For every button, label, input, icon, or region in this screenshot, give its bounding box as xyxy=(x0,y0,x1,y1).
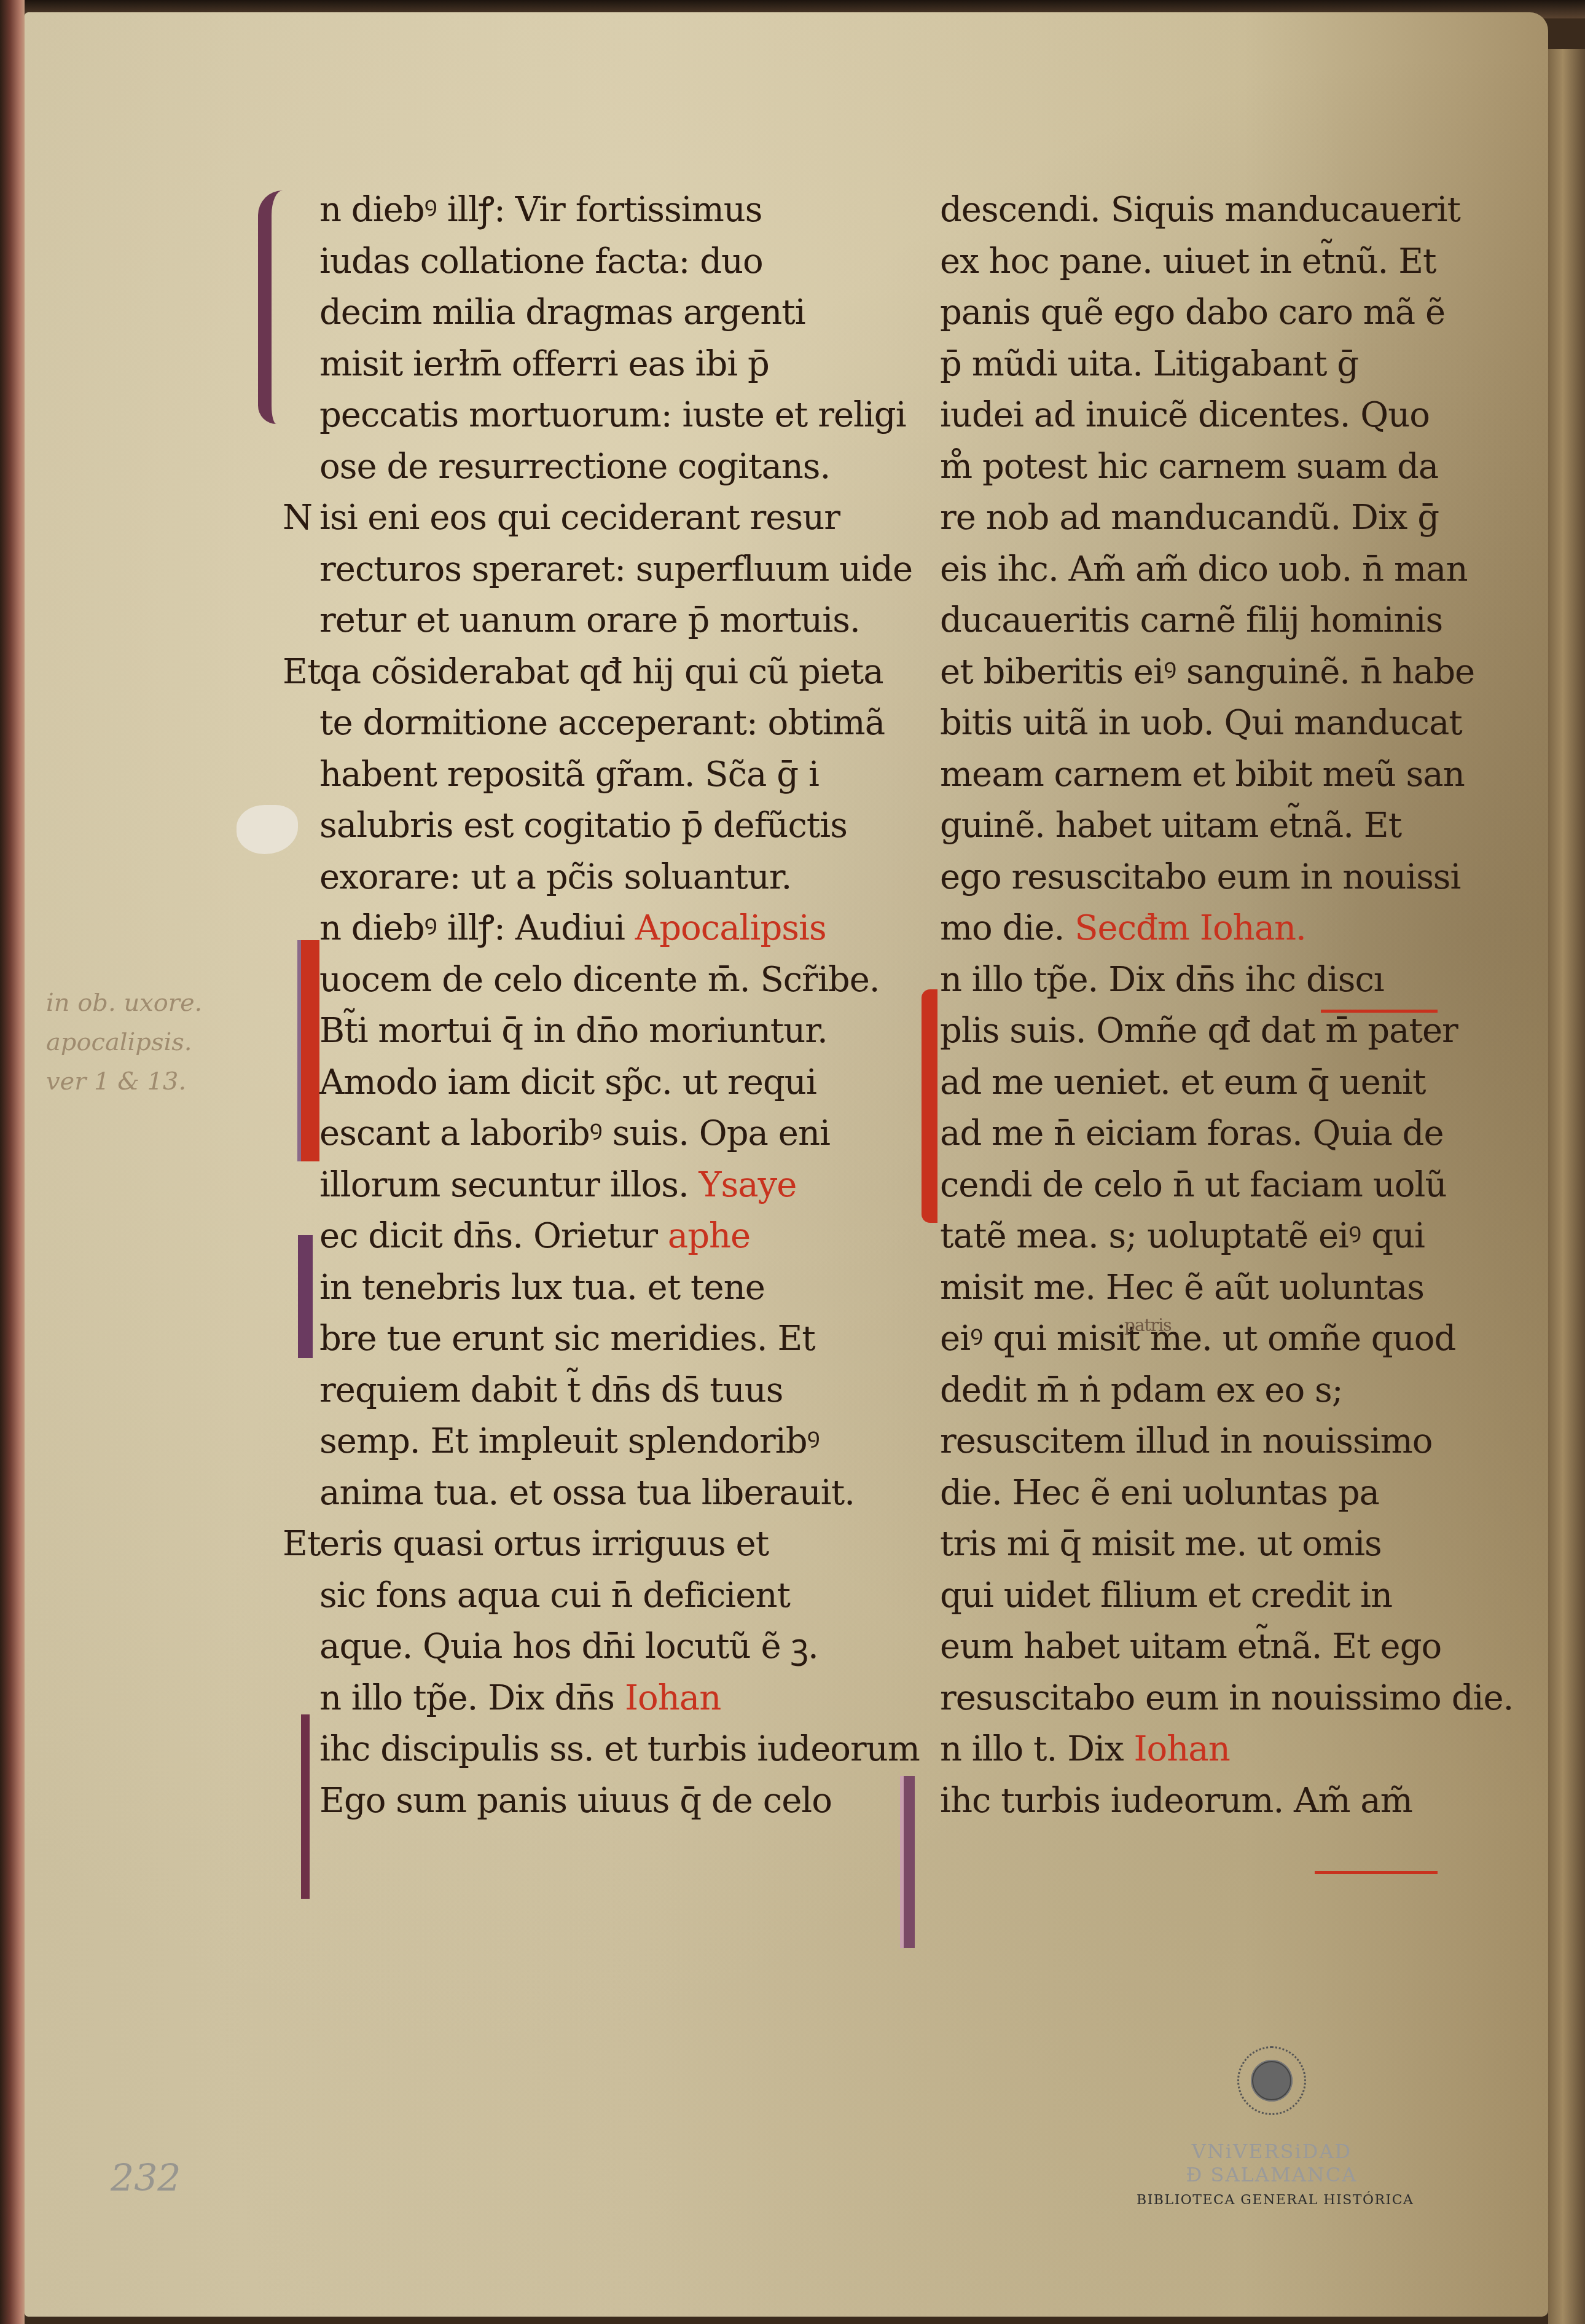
text-line: resuscitem illud in nouissimo xyxy=(940,1416,1493,1467)
rubric-heading: Iohan xyxy=(1133,1729,1229,1769)
line-text: dedit m̄ ṅ pdam ex eo s; xyxy=(940,1370,1343,1410)
text-line: tatẽ mea. s; uoluptatẽ eiꝰ qui xyxy=(940,1211,1493,1262)
text-line: escant a laboribꝰ suis. Opa eni xyxy=(319,1108,854,1160)
text-line: qui uidet filium et credit in xyxy=(940,1570,1493,1622)
text-line: iudas collatione facta: duo xyxy=(319,236,854,288)
text-line: Nisi eni eos qui ceciderant resur xyxy=(319,492,854,544)
text-line: peccatis mortuorum: iuste et religi xyxy=(319,390,854,441)
line-text: panis quẽ ego dabo caro mã ẽ xyxy=(940,292,1445,332)
text-line: bitis uitã in uob. Qui manducat xyxy=(940,697,1493,749)
university-name: VNiVERSiDAD xyxy=(1137,2140,1407,2163)
line-text: recturos speraret: superfluum uide xyxy=(319,549,912,589)
text-line: n diebꝰ illꝭ: Audiui Apocalipsis xyxy=(319,903,854,954)
text-line: eum habet uitam et̃nã. Et ego xyxy=(940,1621,1493,1673)
margin-note-line: in ob. uxore. xyxy=(46,983,202,1023)
line-text: iudei ad inuicẽ dicentes. Quo xyxy=(940,395,1430,435)
text-line: aque. Quia hos dn̄i locutũ ẽ ꝫ. xyxy=(319,1621,854,1673)
text-line: salubris est cogitatio p̄ defũctis xyxy=(319,800,854,852)
margin-note-line: apocalipsis. xyxy=(46,1023,202,1062)
text-line: bre tue erunt sic meridies. Et xyxy=(319,1313,854,1365)
line-text: ex hoc pane. uiuet in et̃nũ. Et xyxy=(940,241,1436,281)
line-text: meam carnem et bibit meũ san xyxy=(940,755,1465,795)
text-line: sic fons aqua cui n̄ deficient xyxy=(319,1570,854,1622)
line-text: sic fons aqua cui n̄ deficient xyxy=(319,1576,790,1615)
text-line: recturos speraret: superfluum uide xyxy=(319,544,854,595)
line-text: in tenebris lux tua. et tene xyxy=(319,1268,765,1308)
line-text: ad me ueniet. et eum q̄ uenit xyxy=(940,1062,1425,1102)
line-text: n illo t. Dix xyxy=(940,1729,1124,1769)
left-text-column: n diebꝰ illꝭ: Vir fortissimusiudas colla… xyxy=(319,184,854,1826)
line-text: te dormitione acceperant: obtimã xyxy=(319,703,885,743)
text-line: Etqa cõsiderabat qđ hij qui cũ pieta xyxy=(319,646,854,698)
initial-I-red-right-icon xyxy=(922,989,937,1223)
text-line: misit me. Hec ẽ aũt uoluntas xyxy=(940,1262,1493,1314)
text-line: et biberitis eiꝰ sanguinẽ. n̄ habe xyxy=(940,646,1493,698)
text-line: mo die. Secđm Iohan. xyxy=(940,903,1493,954)
text-line: die. Hec ẽ eni uoluntas pa xyxy=(940,1467,1493,1519)
line-text: guinẽ. habet uitam et̃nã. Et xyxy=(940,806,1401,846)
text-line: ego resuscitabo eum in nouissi xyxy=(940,852,1493,903)
line-text: resuscitabo eum in nouissimo die. xyxy=(940,1678,1513,1718)
line-text: m̊ potest hic carnem suam da xyxy=(940,447,1438,487)
text-line: Ego sum panis uiuus q̄ de celo xyxy=(319,1775,854,1827)
line-text: qa cõsiderabat qđ hij qui cũ pieta xyxy=(319,652,883,692)
line-text: isi eni eos qui ceciderant resur xyxy=(319,498,840,538)
text-line: exorare: ut a pc̃is soluantur. xyxy=(319,852,854,903)
text-line: n diebꝰ illꝭ: Vir fortissimus xyxy=(319,184,854,236)
line-text: n diebꝰ illꝭ: Audiui xyxy=(319,908,625,948)
text-line: patriseiꝰ qui misit me. ut omñe quod xyxy=(940,1313,1493,1365)
right-text-column: descendi. Siquis manducaueritex hoc pane… xyxy=(940,184,1493,1826)
text-line: panis quẽ ego dabo caro mã ẽ xyxy=(940,287,1493,339)
line-text: eum habet uitam et̃nã. Et ego xyxy=(940,1627,1441,1666)
line-text: n illo tp̃e. Dix dn̄s ihc discı xyxy=(940,960,1384,1000)
university-city: Đ SALAMANCA xyxy=(1137,2163,1407,2186)
text-line: ose de resurrectione cogitans. xyxy=(319,441,854,493)
line-text: eiꝰ qui misit me. ut omñe quod xyxy=(940,1319,1455,1359)
line-text: bitis uitã in uob. Qui manducat xyxy=(940,703,1462,743)
line-text: illorum secuntur illos. xyxy=(319,1165,689,1205)
text-line: Eteris quasi ortus irriguus et xyxy=(319,1518,854,1570)
line-text: retur et uanum orare p̄ mortuis. xyxy=(319,600,860,640)
initial-I-purple-icon xyxy=(258,190,296,424)
text-line: Amodo iam dicit sp̃c. ut requi xyxy=(319,1057,854,1109)
line-text: semp. Et impleuit splendoribꝰ xyxy=(319,1421,820,1461)
text-line: in tenebris lux tua. et tene xyxy=(319,1262,854,1314)
initial-I-purple-right-icon xyxy=(900,1776,915,1948)
text-line: habent repositã gr̃am. Sc̃a ḡ i xyxy=(319,749,854,801)
line-text: ducaueritis carnẽ filij hominis xyxy=(940,600,1442,640)
paragraph-marker: N xyxy=(283,492,312,544)
interlinear-gloss: patris xyxy=(1124,1300,1172,1351)
text-line: Bt̃i mortui q̄ in dn̄o moriuntur. xyxy=(319,1005,854,1057)
line-text: qui uidet filium et credit in xyxy=(940,1576,1392,1615)
line-text: eis ihc. Am̃ am̃ dico uob. n̄ man xyxy=(940,549,1467,589)
line-text: salubris est cogitatio p̄ defũctis xyxy=(319,806,847,846)
line-text: tris mi q̄ misit me. ut omis xyxy=(940,1524,1382,1564)
text-line: illorum secuntur illos. Ysaye xyxy=(319,1160,854,1211)
line-text: et biberitis eiꝰ sanguinẽ. n̄ habe xyxy=(940,652,1474,692)
margin-note-line: ver 1 & 13. xyxy=(46,1062,202,1101)
line-text: ihc discipulis ss. et turbis iudeorum xyxy=(319,1729,920,1769)
line-text: eris quasi ortus irriguus et xyxy=(319,1524,769,1564)
text-line: requiem dabit t̃ dn̄s ds̄ tuus xyxy=(319,1365,854,1416)
text-line: te dormitione acceperant: obtimã xyxy=(319,697,854,749)
text-line: guinẽ. habet uitam et̃nã. Et xyxy=(940,800,1493,852)
library-name: BIBLIOTECA GENERAL HISTÓRICA xyxy=(1137,2192,1407,2208)
text-line: retur et uanum orare p̄ mortuis. xyxy=(319,595,854,646)
initial-H-purple-icon xyxy=(298,1235,313,1358)
line-text: aque. Quia hos dn̄i locutũ ẽ ꝫ. xyxy=(319,1627,818,1666)
line-text: exorare: ut a pc̃is soluantur. xyxy=(319,857,791,897)
line-text: re nob ad manducandũ. Dix ḡ xyxy=(940,498,1439,538)
text-line: ad me n̄ eiciam foras. Quia de xyxy=(940,1108,1493,1160)
text-line: descendi. Siquis manducauerit xyxy=(940,184,1493,236)
rubric-heading: Ysaye xyxy=(699,1165,797,1205)
text-line: p̄ mũdi uita. Litigabant ḡ xyxy=(940,339,1493,390)
text-line: cendi de celo n̄ ut faciam uolũ xyxy=(940,1160,1493,1211)
line-text: escant a laboribꝰ suis. Opa eni xyxy=(319,1113,830,1153)
line-text: mo die. xyxy=(940,908,1064,948)
initial-I-red-icon xyxy=(301,940,319,1161)
line-text: peccatis mortuorum: iuste et religi xyxy=(319,395,906,435)
text-line: re nob ad manducandũ. Dix ḡ xyxy=(940,492,1493,544)
line-text: cendi de celo n̄ ut faciam uolũ xyxy=(940,1165,1447,1205)
rubric-heading: aphe xyxy=(668,1216,750,1256)
line-text: requiem dabit t̃ dn̄s ds̄ tuus xyxy=(319,1370,783,1410)
text-line: anima tua. et ossa tua liberauit. xyxy=(319,1467,854,1519)
facing-page-edge xyxy=(1548,49,1585,2324)
text-line: meam carnem et bibit meũ san xyxy=(940,749,1493,801)
line-text: p̄ mũdi uita. Litigabant ḡ xyxy=(940,344,1358,384)
text-line: ex hoc pane. uiuet in et̃nũ. Et xyxy=(940,236,1493,288)
line-text: anima tua. et ossa tua liberauit. xyxy=(319,1473,855,1513)
line-text: ihc turbis iudeorum. Am̃ am̃ xyxy=(940,1781,1412,1821)
text-line: n illo t. Dix Iohan xyxy=(940,1724,1493,1775)
line-text: die. Hec ẽ eni uoluntas pa xyxy=(940,1473,1379,1513)
line-text: decim milia dragmas argenti xyxy=(319,292,805,332)
text-line: m̊ potest hic carnem suam da xyxy=(940,441,1493,493)
folio-number: 232 xyxy=(111,2157,181,2200)
text-line: ihc turbis iudeorum. Am̃ am̃ xyxy=(940,1775,1493,1827)
line-text: ose de resurrectione cogitans. xyxy=(319,447,830,487)
line-text: n illo tp̃e. Dix dn̄s xyxy=(319,1678,614,1718)
line-text: iudas collatione facta: duo xyxy=(319,241,763,281)
line-text: n diebꝰ illꝭ: Vir fortissimus xyxy=(319,190,762,230)
text-line: uocem de celo dicente m̄. Scr̃ibe. xyxy=(319,954,854,1006)
line-text: ego resuscitabo eum in nouissi xyxy=(940,857,1461,897)
line-text: Bt̃i mortui q̄ in dn̄o moriuntur. xyxy=(319,1011,828,1051)
line-text: misit ierłm̄ offerri eas ibi p̄ xyxy=(319,344,769,384)
text-line: ihc discipulis ss. et turbis iudeorum xyxy=(319,1724,854,1775)
line-text: resuscitem illud in nouissimo xyxy=(940,1421,1432,1461)
text-line: misit ierłm̄ offerri eas ibi p̄ xyxy=(319,339,854,390)
text-line: n illo tp̃e. Dix dn̄s Iohan xyxy=(319,1673,854,1724)
university-seal-icon xyxy=(1237,2046,1306,2115)
library-watermark: VNiVERSiDAD Đ SALAMANCA BIBLIOTECA GENER… xyxy=(1137,2046,1407,2208)
text-line: dedit m̄ ṅ pdam ex eo s; xyxy=(940,1365,1493,1416)
text-line: resuscitabo eum in nouissimo die. xyxy=(940,1673,1493,1724)
line-text: uocem de celo dicente m̄. Scr̃ibe. xyxy=(319,960,880,1000)
margin-note: in ob. uxore. apocalipsis. ver 1 & 13. xyxy=(46,983,202,1101)
text-line: ec dicit dn̄s. Orietur aphe xyxy=(319,1211,854,1262)
initial-I-purple-small-icon xyxy=(301,1714,310,1899)
line-text: ec dicit dn̄s. Orietur xyxy=(319,1216,657,1256)
rubric-heading: Apocalipsis xyxy=(635,908,826,948)
line-text: Ego sum panis uiuus q̄ de celo xyxy=(319,1781,832,1821)
text-line: ad me ueniet. et eum q̄ uenit xyxy=(940,1057,1493,1109)
text-line: semp. Et impleuit splendoribꝰ xyxy=(319,1416,854,1467)
text-line: iudei ad inuicẽ dicentes. Quo xyxy=(940,390,1493,441)
paragraph-marker: Et xyxy=(283,646,320,698)
line-text: ad me n̄ eiciam foras. Quia de xyxy=(940,1113,1444,1153)
line-text: misit me. Hec ẽ aũt uoluntas xyxy=(940,1268,1424,1308)
text-line: n illo tp̃e. Dix dn̄s ihc discı xyxy=(940,954,1493,1006)
text-line: ducaueritis carnẽ filij hominis xyxy=(940,595,1493,646)
line-text: bre tue erunt sic meridies. Et xyxy=(319,1319,815,1359)
book-binding-left xyxy=(0,0,25,2324)
line-text: tatẽ mea. s; uoluptatẽ eiꝰ qui xyxy=(940,1216,1425,1256)
line-text: descendi. Siquis manducauerit xyxy=(940,190,1460,230)
text-line: decim milia dragmas argenti xyxy=(319,287,854,339)
text-line: eis ihc. Am̃ am̃ dico uob. n̄ man xyxy=(940,544,1493,595)
line-text: Amodo iam dicit sp̃c. ut requi xyxy=(319,1062,816,1102)
rubric-heading: Secđm Iohan. xyxy=(1074,908,1306,948)
text-line: plis suis. Omñe qđ dat m̄ pater xyxy=(940,1005,1493,1057)
paragraph-marker: Et xyxy=(283,1518,320,1570)
text-line: tris mi q̄ misit me. ut omis xyxy=(940,1518,1493,1570)
line-text: habent repositã gr̃am. Sc̃a ḡ i xyxy=(319,755,819,795)
rubric-heading: Iohan xyxy=(625,1678,721,1718)
rubric-rule xyxy=(1315,1871,1438,1874)
line-text: plis suis. Omñe qđ dat m̄ pater xyxy=(940,1011,1458,1051)
